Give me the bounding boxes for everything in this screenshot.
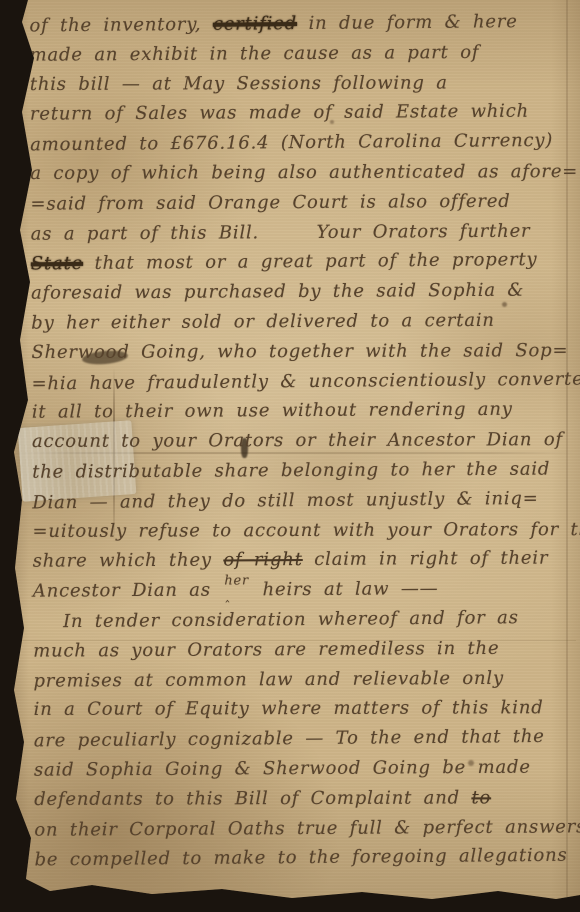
manuscript-line: by her either sold or delivered to a cer… (31, 309, 577, 342)
manuscript-line: Sherwood Going, who together with the sa… (31, 340, 577, 372)
struck-text: of right (223, 549, 302, 570)
handwritten-text: on their Corporal Oaths true full & perf… (34, 816, 580, 840)
manuscript-line: in a Court of Equity where matters of th… (34, 697, 580, 729)
manuscript-line: as a part of this Bill. Your Orators fur… (31, 220, 577, 253)
handwritten-text: claim in right of their (303, 548, 549, 570)
handwritten-text: this bill — at May Sessions following a (30, 72, 448, 94)
manuscript-line: In tender consideration whereof and for … (33, 607, 579, 642)
handwritten-text: In tender consideration whereof and for … (63, 607, 519, 632)
handwritten-text: premises at common law and relievable on… (33, 667, 504, 691)
manuscript-text: of the inventory, certified in due form … (29, 11, 580, 878)
handwritten-text: aforesaid was purchased by the said Soph… (31, 280, 524, 304)
handwritten-text: said Sophia Going & Sherwood Going be ma… (34, 757, 531, 781)
handwritten-text: Dian — and they do still most unjustly &… (32, 488, 538, 513)
handwritten-text: =said from said Orange Court is also off… (30, 191, 510, 215)
handwritten-text: are peculiarly cognizable — To the end t… (34, 726, 545, 751)
struck-text: certified (213, 13, 297, 35)
manuscript-line: premises at common law and relievable on… (33, 667, 579, 700)
manuscript-line: defendants to this Bill of Complaint and… (34, 787, 580, 819)
manuscript-line: be compelled to make to the foregoing al… (34, 845, 580, 880)
manuscript-line: made an exhibit in the cause as a part o… (30, 41, 576, 74)
manuscript-line: =uitously refuse to account with your Or… (32, 519, 578, 551)
manuscript-line: share which they of right claim in right… (33, 548, 579, 581)
handwritten-text: heirs at law —— (251, 578, 439, 600)
struck-text: to (471, 787, 491, 808)
handwritten-text: a copy of which being also authenticated… (30, 161, 578, 184)
handwritten-text: as a part of this Bill. Your Orators fur… (31, 220, 531, 244)
manuscript-line: this bill — at May Sessions following a (30, 72, 576, 104)
handwritten-text: share which they (33, 550, 224, 572)
manuscript-line: a copy of which being also authenticated… (30, 161, 576, 193)
handwritten-text: account to your Orators or their Ancesto… (32, 429, 563, 452)
handwritten-text: defendants to this Bill of Complaint and (34, 787, 471, 810)
handwritten-text: that most or a great part of the propert… (83, 249, 538, 274)
manuscript-line: it all to their own use without renderin… (32, 399, 578, 432)
handwritten-text: the distributable share belonging to her… (32, 458, 550, 482)
handwritten-text: of the inventory, (29, 14, 213, 37)
manuscript-line: account to your Orators or their Ancesto… (32, 429, 578, 461)
handwritten-text: it all to their own use without renderin… (32, 399, 513, 423)
handwritten-text: Sherwood Going, who together with the sa… (31, 340, 568, 363)
struck-text: State (31, 253, 83, 274)
handwritten-text: be compelled to make to the foregoing al… (34, 845, 567, 871)
handwritten-text: made an exhibit in the cause as a part o… (30, 42, 480, 66)
manuscript-line: on their Corporal Oaths true full & perf… (34, 816, 580, 849)
manuscript-line: amounted to £676.16.4 (North Carolina Cu… (30, 130, 576, 165)
handwritten-text: in due form & here (297, 11, 518, 34)
handwritten-text: amounted to £676.16.4 (North Carolina Cu… (30, 130, 553, 156)
handwritten-text: much as your Orators are remediless in t… (33, 638, 499, 662)
handwritten-text: return of Sales was made of said Estate … (30, 101, 529, 125)
inserted-text: her (224, 573, 249, 588)
handwritten-text: in a Court of Equity where matters of th… (34, 697, 544, 720)
manuscript-line: the distributable share belonging to her… (32, 458, 578, 491)
manuscript-paper: 4 of the inventory, certified in due for… (0, 0, 580, 912)
handwritten-text: =hia have fraudulently & unconscientious… (32, 368, 580, 394)
margin-pen-mark: 4 (8, 20, 18, 38)
handwritten-text: Ancestor Dian as (33, 580, 223, 602)
manuscript-line: said Sophia Going & Sherwood Going be ma… (34, 756, 580, 789)
manuscript-line: aforesaid was purchased by the said Soph… (31, 280, 577, 313)
manuscript-line: Dian — and they do still most unjustly &… (32, 487, 578, 522)
handwritten-text: by her either sold or delivered to a cer… (31, 310, 495, 334)
manuscript-line: =said from said Orange Court is also off… (30, 190, 576, 223)
photo-frame: 4 of the inventory, certified in due for… (0, 0, 580, 912)
manuscript-line: =hia have fraudulently & unconscientious… (32, 368, 578, 403)
manuscript-line: much as your Orators are remediless in t… (33, 637, 579, 670)
manuscript-line: Ancestor Dian as her heirs at law —— (33, 577, 579, 610)
handwritten-text: =uitously refuse to account with your Or… (32, 519, 580, 542)
manuscript-line: State that most or a great part of the p… (31, 249, 577, 284)
manuscript-line: return of Sales was made of said Estate … (30, 101, 576, 134)
manuscript-line: are peculiarly cognizable — To the end t… (34, 726, 580, 761)
manuscript-line: of the inventory, certified in due form … (29, 11, 575, 46)
